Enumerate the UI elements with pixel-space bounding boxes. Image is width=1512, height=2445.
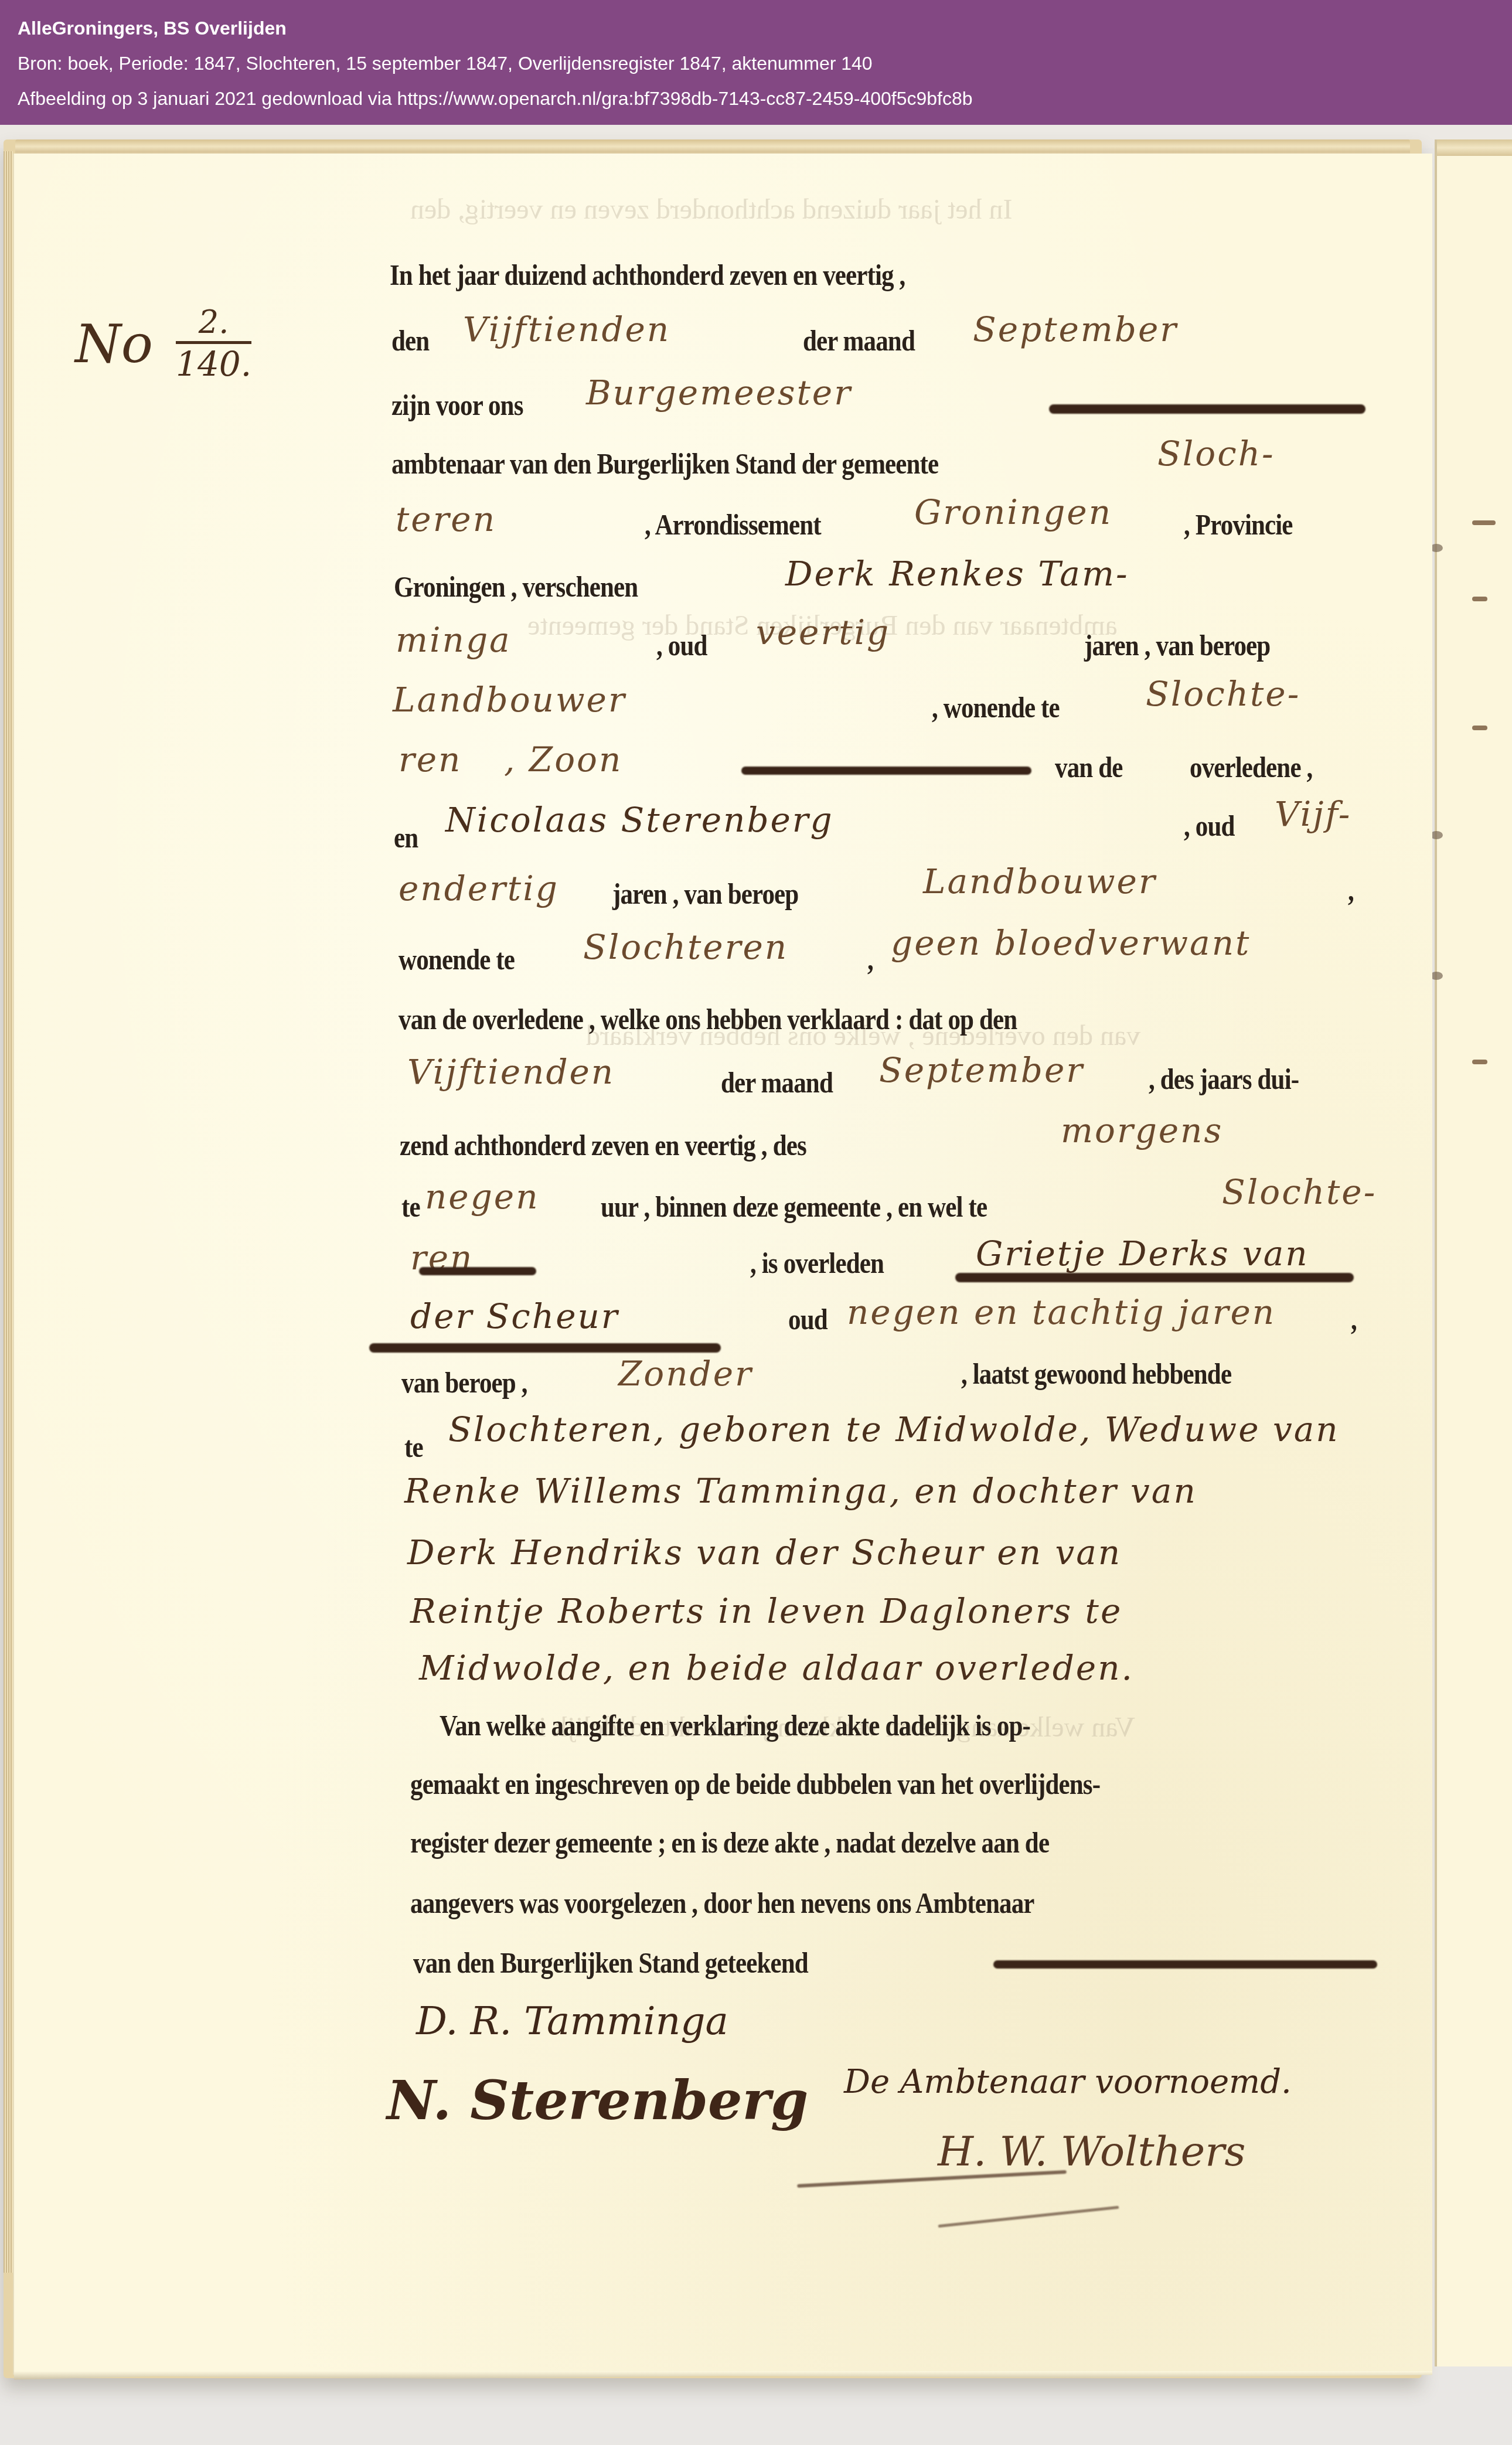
handwritten-witness-name: Nicolaas Sterenberg bbox=[445, 800, 834, 840]
banner-download-info: Afbeelding op 3 januari 2021 gedownload … bbox=[18, 87, 973, 110]
record-sequence: 2. bbox=[176, 305, 251, 340]
printed-closing-line: Van welke aangifte en verklaring deze ak… bbox=[440, 1708, 1030, 1742]
bleed-through-text: In het jaar duizend achthonderd zeven en… bbox=[410, 193, 1013, 226]
handwritten-remarks: Midwolde, en beide aldaar overleden. bbox=[419, 1648, 1134, 1688]
handwritten-remarks: Derk Hendriks van der Scheur en van bbox=[407, 1533, 1122, 1572]
right-page-top-edge bbox=[1437, 139, 1512, 156]
underline bbox=[369, 1343, 721, 1353]
handwritten-municipality: Sloch- bbox=[1157, 434, 1275, 474]
handwritten-day: Vijftienden bbox=[463, 309, 670, 349]
strike-line bbox=[741, 767, 1031, 775]
printed-closing-line: register dezer gemeente ; en is deze akt… bbox=[410, 1826, 1049, 1860]
handwritten-residence-cont: ren bbox=[399, 740, 462, 779]
handwritten-arrondissement: Groningen bbox=[914, 492, 1112, 532]
handwritten-witness-age-cont: endertig bbox=[399, 869, 559, 908]
printed-text: , bbox=[867, 942, 873, 976]
handwritten-witness-relation: geen bloedverwant bbox=[891, 923, 1251, 963]
banner-source: Bron: boek, Periode: 1847, Slochteren, 1… bbox=[18, 52, 873, 75]
handwritten-declarant-name: Derk Renkes Tam- bbox=[785, 554, 1129, 594]
strike-line bbox=[419, 1267, 536, 1275]
handwritten-death-place: Slochte- bbox=[1222, 1172, 1377, 1212]
official-note: De Ambtenaar voornoemd. bbox=[844, 2063, 1292, 2101]
handwritten-remarks: Slochteren, geboren te Midwolde, Weduwe … bbox=[448, 1409, 1340, 1449]
printed-text: , Arrondissement bbox=[645, 508, 821, 542]
handwritten-hour: negen bbox=[425, 1177, 540, 1217]
printed-text: van de bbox=[1055, 750, 1123, 784]
printed-text: uur , binnen deze gemeente , en wel te bbox=[601, 1190, 987, 1224]
printed-closing-line: van den Burgerlijken Stand geteekend bbox=[413, 1946, 808, 1980]
printed-text: wonende te bbox=[399, 942, 515, 976]
handwritten-deceased-name: Grietje Derks van bbox=[976, 1234, 1309, 1273]
handwritten-relation: , Zoon bbox=[504, 740, 622, 779]
handwritten-death-day: Vijftienden bbox=[407, 1052, 615, 1092]
printed-text: jaren , van beroep bbox=[612, 877, 798, 911]
handwritten-witness-occupation: Landbouwer bbox=[923, 861, 1157, 901]
strike-line bbox=[993, 1960, 1377, 1969]
underline bbox=[955, 1273, 1354, 1282]
handwritten-declarant-name-cont: minga bbox=[396, 620, 512, 660]
handwritten-month: September bbox=[973, 309, 1178, 349]
ink-mark bbox=[1472, 726, 1487, 730]
record-number-prefix: No bbox=[75, 314, 153, 375]
handwritten-official-title: Burgemeester bbox=[586, 373, 852, 413]
right-page-sliver bbox=[1435, 139, 1512, 2366]
printed-text: der maand bbox=[803, 323, 915, 357]
banner-title: AlleGroningers, BS Overlijden bbox=[18, 16, 287, 40]
printed-text: , des jaars dui- bbox=[1149, 1062, 1299, 1096]
record-number: 2. 140. bbox=[176, 305, 251, 382]
handwritten-deceased-age: negen en tachtig jaren bbox=[847, 1292, 1276, 1332]
signature-official: H. W. Wolthers bbox=[938, 2127, 1246, 2175]
page-stack-left-edge bbox=[4, 151, 13, 2273]
handwritten-witness-age: Vijf- bbox=[1275, 794, 1351, 834]
printed-text: zijn voor ons bbox=[391, 388, 523, 422]
printed-text: , Provincie bbox=[1184, 508, 1293, 542]
handwritten-witness-residence: Slochteren bbox=[583, 927, 788, 967]
handwritten-remarks: Reintje Roberts in leven Dagloners te bbox=[410, 1591, 1122, 1631]
printed-text: den bbox=[391, 323, 429, 357]
signature-witness-1: D. R. Tamminga bbox=[416, 1998, 728, 2044]
printed-text: te bbox=[404, 1430, 423, 1464]
printed-text: oud bbox=[788, 1302, 827, 1336]
ink-mark bbox=[1472, 1060, 1487, 1064]
printed-text: , oud bbox=[656, 628, 707, 662]
printed-text: ambtenaar van den Burgerlijken Stand der… bbox=[391, 447, 938, 481]
record-act-number: 140. bbox=[176, 346, 251, 382]
printed-text: , bbox=[1348, 873, 1354, 907]
printed-text: en bbox=[394, 820, 418, 854]
ink-mark bbox=[1472, 520, 1496, 525]
handwritten-deceased-name-cont: der Scheur bbox=[410, 1296, 619, 1336]
printed-text: jaren , van beroep bbox=[1084, 628, 1270, 662]
strike-line bbox=[1049, 404, 1365, 414]
handwritten-time-of-day: morgens bbox=[1061, 1111, 1223, 1150]
signature-witness-2: N. Sterenberg bbox=[387, 2069, 808, 2132]
handwritten-deceased-occupation: Zonder bbox=[618, 1354, 753, 1394]
printed-text: , oud bbox=[1184, 809, 1235, 843]
handwritten-occupation: Landbouwer bbox=[393, 680, 626, 720]
printed-text: , bbox=[1351, 1302, 1357, 1336]
printed-text: , is overleden bbox=[750, 1246, 884, 1280]
printed-text: te bbox=[401, 1190, 420, 1224]
printed-text: overledene , bbox=[1190, 750, 1312, 784]
printed-text: der maand bbox=[721, 1065, 833, 1099]
printed-line: van de overledene , welke ons hebben ver… bbox=[399, 1002, 1017, 1036]
ink-mark bbox=[1472, 597, 1487, 601]
printed-text: van beroep , bbox=[401, 1365, 527, 1399]
archive-info-banner: AlleGroningers, BS Overlijden Bron: boek… bbox=[0, 0, 1512, 125]
printed-text: , wonende te bbox=[932, 690, 1060, 724]
handwritten-remarks: Renke Willems Tamminga, en dochter van bbox=[404, 1471, 1197, 1511]
printed-closing-line: aangevers was voorgelezen , door hen nev… bbox=[410, 1886, 1034, 1920]
printed-line: In het jaar duizend achthonderd zeven en… bbox=[390, 258, 905, 292]
handwritten-death-month: September bbox=[879, 1050, 1084, 1090]
printed-text: zend achthonderd zeven en veertig , des bbox=[400, 1128, 806, 1162]
handwritten-age: veertig bbox=[756, 612, 890, 652]
handwritten-residence: Slochte- bbox=[1146, 674, 1300, 714]
printed-text: , laatst gewoond hebbende bbox=[961, 1357, 1231, 1391]
handwritten-municipality-cont: teren bbox=[396, 499, 496, 539]
printed-text: Groningen , verschenen bbox=[394, 570, 638, 604]
page-bottom-edge bbox=[14, 2371, 1432, 2381]
printed-closing-line: gemaakt en ingeschreven op de beide dubb… bbox=[410, 1767, 1100, 1801]
